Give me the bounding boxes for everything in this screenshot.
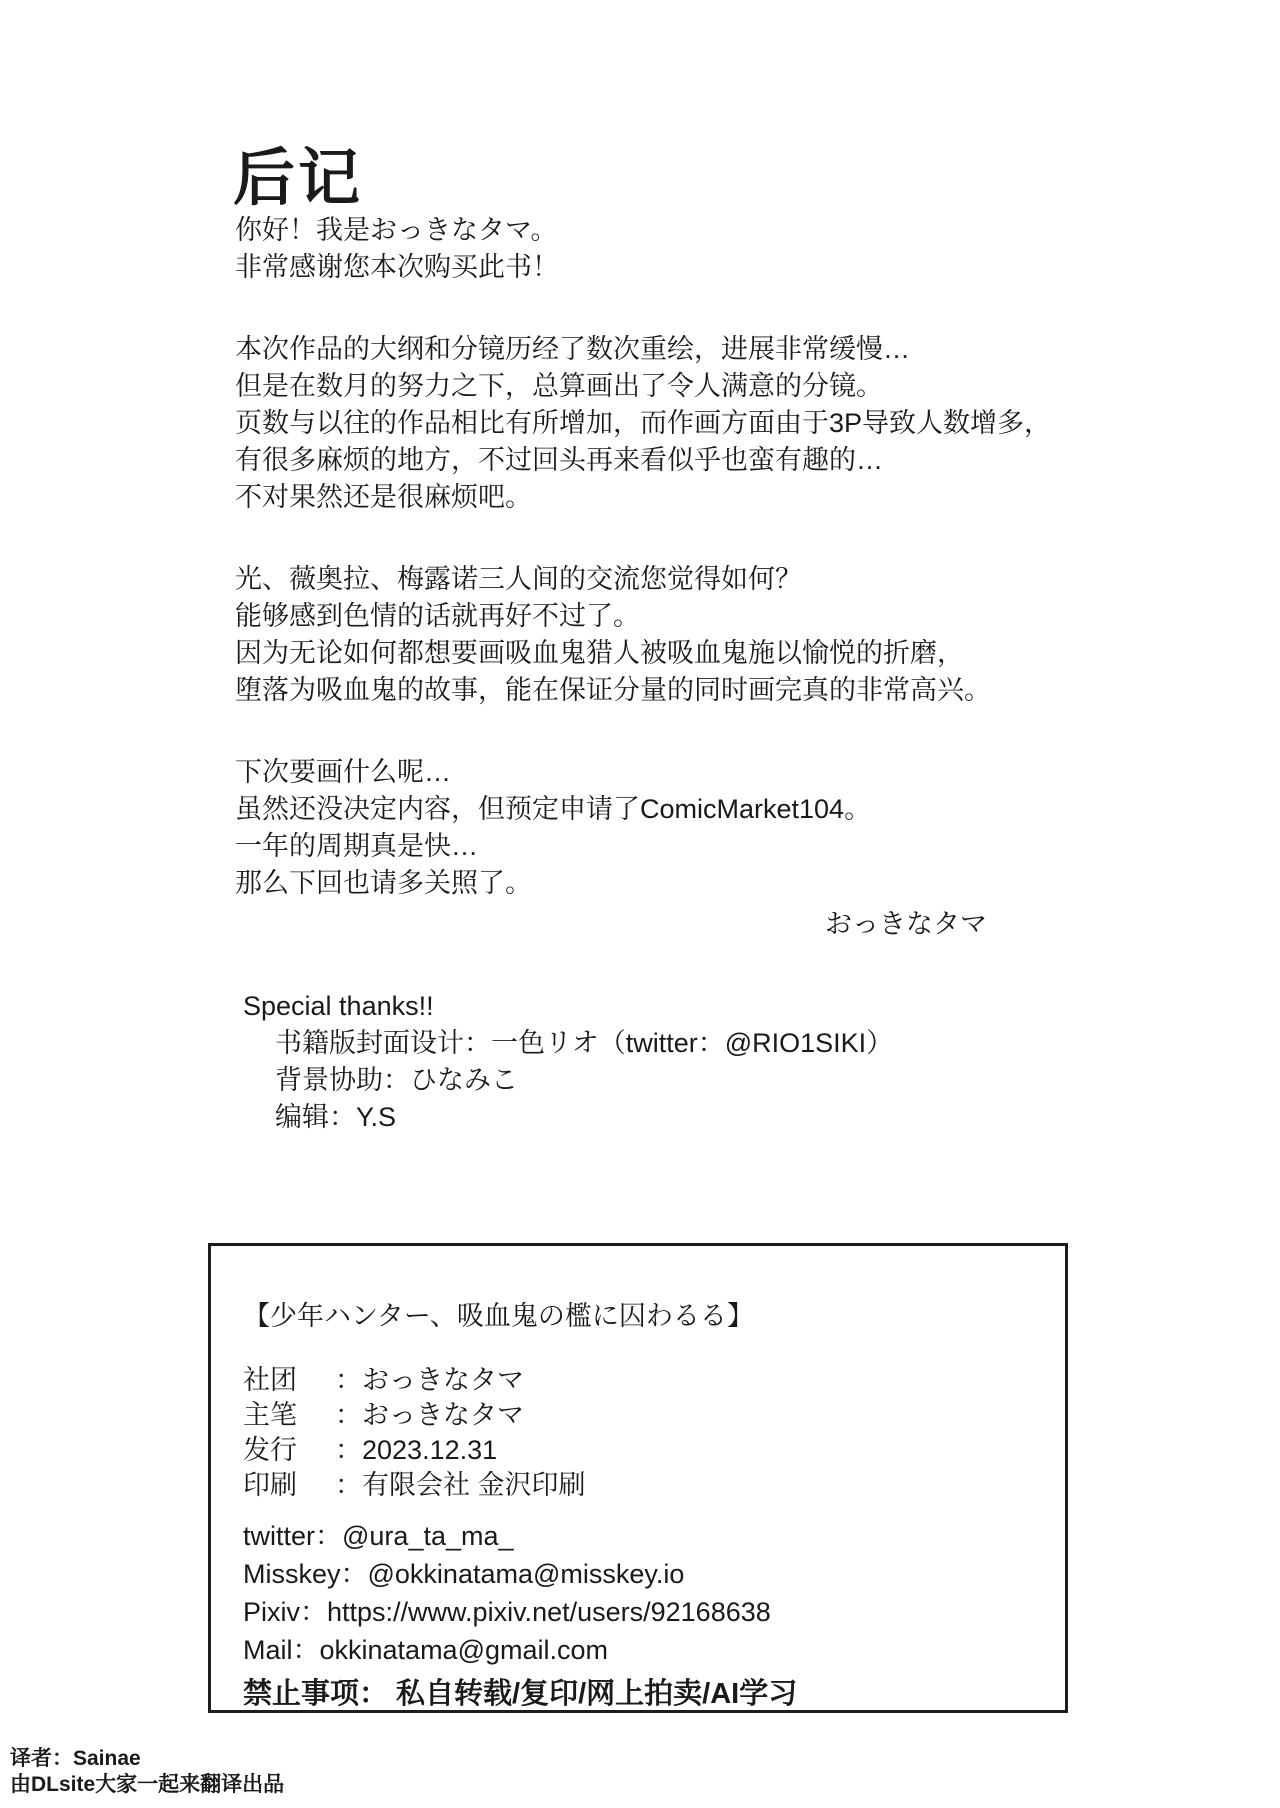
special-thanks-heading: Special thanks!! <box>235 988 1001 1025</box>
field-label: 发行 <box>243 1433 335 1468</box>
colophon-field-row: 印刷 ：有限会社 金沢印刷 <box>243 1468 1041 1503</box>
field-label: 印刷 <box>243 1468 335 1503</box>
paragraph-characters: 光、薇奥拉、梅露诺三人间的交流您觉得如何？ 能够感到色情的话就再好不过了。 因为… <box>235 561 1001 709</box>
colophon-field-row: 社团 ：おっきなタマ <box>243 1363 1041 1398</box>
text-line: 本次作品的大纲和分镜历经了数次重绘，进展非常缓慢… <box>235 331 1001 368</box>
text-line: 虽然还没决定内容，但预定申请了ComicMarket104。 <box>235 791 1001 828</box>
text-line: 因为无论如何都想要画吸血鬼猎人被吸血鬼施以愉悦的折磨， <box>235 635 1001 672</box>
translator-footer: 译者：Sainae 由DLsite大家一起来翻译出品 <box>10 1746 284 1798</box>
text-line: 你好！我是おっきなタマ。 <box>235 212 1001 249</box>
contact-line-twitter: twitter：@ura_ta_ma_ <box>243 1517 1041 1555</box>
colophon-field-row: 主笔 ：おっきなタマ <box>243 1398 1041 1433</box>
field-label: 社团 <box>243 1363 335 1398</box>
special-thanks-item: 书籍版封面设计：一色リオ（twitter：@RIO1SIKI） <box>275 1025 1001 1062</box>
text-line: 但是在数月的努力之下，总算画出了令人满意的分镜。 <box>235 368 1001 405</box>
text-line: 能够感到色情的话就再好不过了。 <box>235 598 1001 635</box>
text-line: 页数与以往的作品相比有所增加，而作画方面由于3P导致人数增多， <box>235 405 1001 442</box>
field-value: ：おっきなタマ <box>335 1363 524 1398</box>
field-value: ：2023.12.31 <box>335 1433 497 1468</box>
paragraph-greeting: 你好！我是おっきなタマ。 非常感谢您本次购买此书！ <box>235 212 1001 286</box>
author-signature: おっきなタマ <box>235 906 1001 943</box>
paragraph-next-work: 下次要画什么呢… 虽然还没决定内容，但预定申请了ComicMarket104。 … <box>235 754 1001 943</box>
page-title: 后记 <box>233 148 363 210</box>
prohibition-note: 禁止事项： 私自转载/复印/网上拍卖/AI学习 <box>243 1671 1041 1712</box>
footer-line-publisher: 由DLsite大家一起来翻译出品 <box>10 1772 284 1798</box>
text-line: 光、薇奥拉、梅露诺三人间的交流您觉得如何？ <box>235 561 1001 598</box>
colophon-fields: 社团 ：おっきなタマ 主笔 ：おっきなタマ 发行 ：2023.12.31 印刷 … <box>243 1363 1041 1503</box>
special-thanks-item: 编辑：Y.S <box>275 1099 1001 1136</box>
footer-line-translator: 译者：Sainae <box>10 1746 284 1772</box>
contact-list: twitter：@ura_ta_ma_ Misskey：@okkinatama@… <box>243 1517 1041 1669</box>
field-value: ：有限会社 金沢印刷 <box>335 1468 586 1503</box>
field-value: ：おっきなタマ <box>335 1398 524 1433</box>
text-line: 非常感谢您本次购买此书！ <box>235 249 1001 286</box>
colophon-box: 【少年ハンター、吸血鬼の檻に囚わるる】 社团 ：おっきなタマ 主笔 ：おっきなタ… <box>208 1243 1068 1713</box>
book-title: 【少年ハンター、吸血鬼の檻に囚わるる】 <box>243 1294 1041 1333</box>
special-thanks-list: 书籍版封面设计：一色リオ（twitter：@RIO1SIKI） 背景协助：ひなみ… <box>235 1025 1001 1136</box>
text-line: 有很多麻烦的地方，不过回头再来看似乎也蛮有趣的… <box>235 442 1001 479</box>
contact-line-pixiv: Pixiv：https://www.pixiv.net/users/921686… <box>243 1593 1041 1631</box>
text-line: 下次要画什么呢… <box>235 754 1001 791</box>
special-thanks-item: 背景协助：ひなみこ <box>275 1062 1001 1099</box>
text-line: 一年的周期真是快… <box>235 828 1001 865</box>
contact-line-misskey: Misskey：@okkinatama@misskey.io <box>243 1555 1041 1593</box>
field-label: 主笔 <box>243 1398 335 1433</box>
contact-line-mail: Mail：okkinatama@gmail.com <box>243 1631 1041 1669</box>
text-line: 不对果然还是很麻烦吧。 <box>235 479 1001 516</box>
special-thanks-section: Special thanks!! 书籍版封面设计：一色リオ（twitter：@R… <box>235 988 1001 1136</box>
text-line: 堕落为吸血鬼的故事，能在保证分量的同时画完真的非常高兴。 <box>235 672 1001 709</box>
paragraph-production: 本次作品的大纲和分镜历经了数次重绘，进展非常缓慢… 但是在数月的努力之下，总算画… <box>235 331 1001 516</box>
text-line: 那么下回也请多关照了。 <box>235 865 1001 902</box>
colophon-field-row: 发行 ：2023.12.31 <box>243 1433 1041 1468</box>
afterword-body: 你好！我是おっきなタマ。 非常感谢您本次购买此书！ 本次作品的大纲和分镜历经了数… <box>235 212 1001 1136</box>
